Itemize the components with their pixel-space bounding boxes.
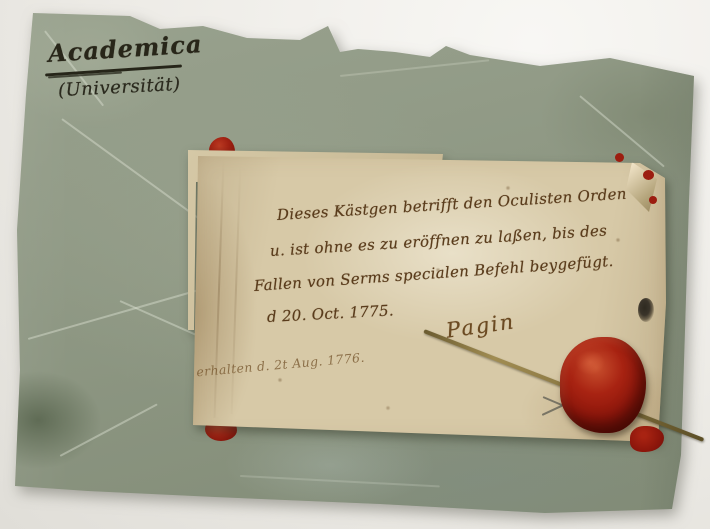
annotation-academica: Academica — [47, 29, 203, 68]
label-fold-line — [231, 164, 241, 414]
annotation-universitaet: (Universität) — [58, 74, 182, 101]
paper-hole — [638, 298, 654, 322]
photo-canvas: Academica (Universität) Dieses Kästgen b… — [0, 0, 710, 529]
folded-corner — [626, 162, 662, 216]
wax-speck — [615, 153, 624, 162]
paper-crease — [60, 403, 158, 456]
label-text-line-1: Dieses Kästgen betrifft den Oculisten Or… — [276, 185, 627, 224]
label-text-date: d 20. Oct. 1775. — [267, 301, 395, 326]
label-text-line-2: u. ist ohne es zu eröffnen zu laßen, bis… — [269, 221, 607, 260]
wax-speck — [649, 196, 657, 204]
wax-speck — [643, 170, 654, 180]
label-text-line-3: Fallen von Serms specialen Befehl beygef… — [253, 252, 614, 295]
paper-crease — [340, 59, 489, 76]
paper-crease — [240, 475, 440, 487]
label-fold-line — [213, 160, 224, 418]
signature: Pagin — [445, 309, 517, 342]
annotation-academica-text: Academica — [47, 29, 203, 68]
received-note: erhalten d. 2t Aug. 1776. — [196, 350, 366, 380]
wax-seal — [560, 337, 646, 433]
